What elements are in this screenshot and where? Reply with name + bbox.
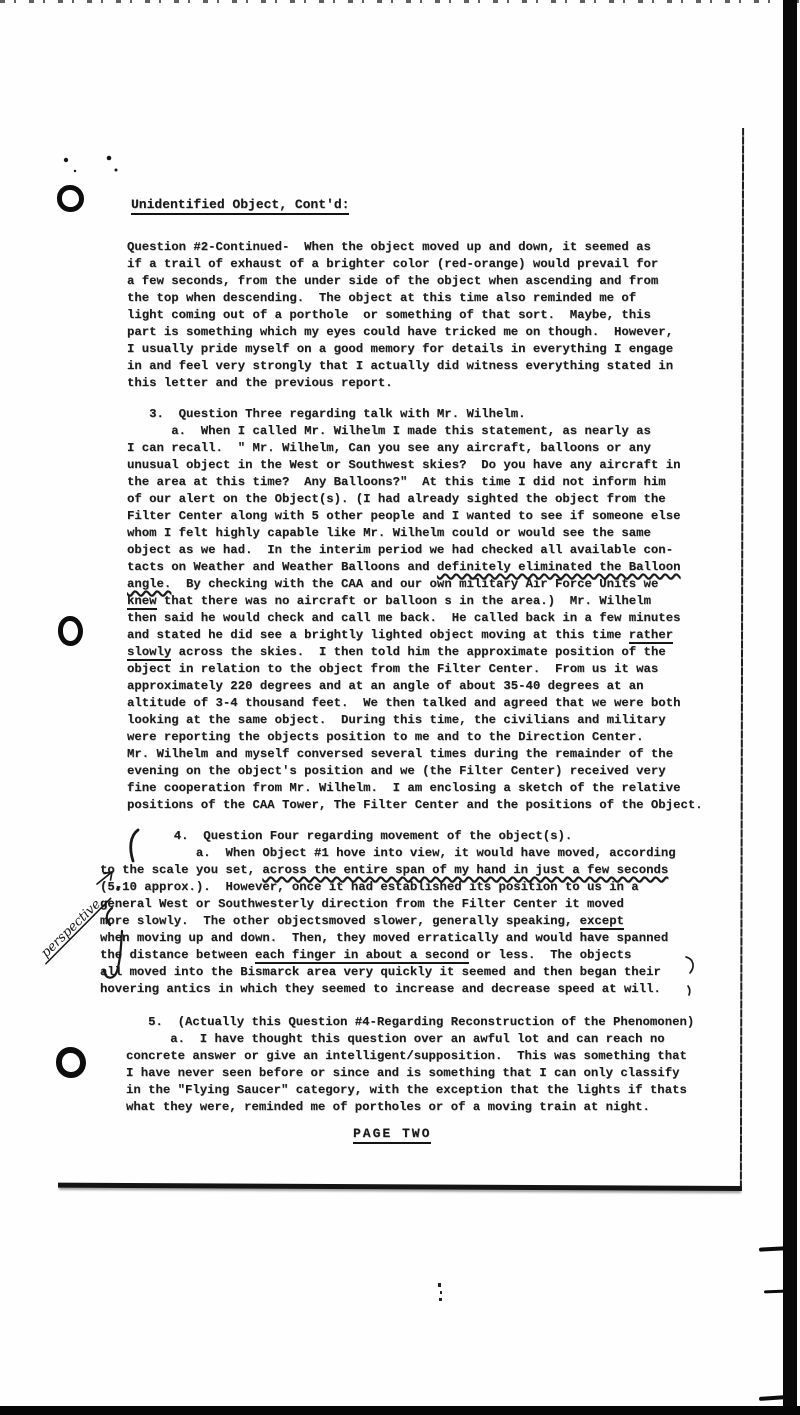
text-line: in the "Flying Saucer" category, with th… <box>126 1082 694 1099</box>
underlined-text: each finger in about a second <box>255 948 469 964</box>
text-segment: across the skies. I then told him the ap… <box>171 645 665 659</box>
text-segment: what they were, reminded me of portholes… <box>126 1100 650 1114</box>
stray-pen-hooks <box>686 957 693 995</box>
text-segment: to the scale you set, <box>100 863 262 877</box>
text-segment: a. When Object #1 hove into view, it wou… <box>100 846 676 860</box>
text-line: evening on the object's position and we … <box>127 763 703 780</box>
text-segment: more slowly. The other objectsmoved slow… <box>100 914 580 928</box>
text-line: Filter Center along with 5 other people … <box>127 508 703 525</box>
text-line: I usually pride myself on a good memory … <box>127 341 673 358</box>
text-line: all moved into the Bismarck area very qu… <box>100 964 676 981</box>
hole-punch <box>57 185 84 212</box>
text-line: knew that there was no aircraft or ballo… <box>127 593 703 610</box>
paragraph-question-2-continued: Question #2-Continued- When the object m… <box>127 239 673 392</box>
text-line: fine cooperation from Mr. Wilhelm. I am … <box>127 780 703 797</box>
text-segment: were reporting the objects position to m… <box>127 730 644 744</box>
text-segment: object as we had. In the interim period … <box>127 543 673 557</box>
text-line: looking at the same object. During this … <box>127 712 703 729</box>
text-segment: then said he would check and call me bac… <box>127 611 680 625</box>
text-segment: a few seconds, from the under side of th… <box>127 274 658 288</box>
text-line: Question #2-Continued- When the object m… <box>127 239 673 256</box>
text-line: the distance between each finger in abou… <box>100 947 676 964</box>
text-segment: (5-10 approx.). However, once it had est… <box>100 880 639 894</box>
paragraph-question-four: 4. Question Four regarding movement of t… <box>100 828 676 998</box>
hole-punch <box>56 1047 86 1078</box>
text-line: general West or Southwesterly direction … <box>100 896 676 913</box>
text-line: slowly across the skies. I then told him… <box>127 644 703 661</box>
text-line: whom I felt highly capable like Mr. Wilh… <box>127 525 703 542</box>
text-segment: altitude of 3-4 thousand feet. We then t… <box>127 696 680 710</box>
text-segment: a. I have thought this question over an … <box>126 1032 665 1046</box>
text-segment: Mr. Wilhelm and myself conversed several… <box>127 747 673 761</box>
scanned-document-page: Unidentified Object, Cont'd: Question #2… <box>0 0 800 1415</box>
underlined-text: definitely eliminated the Balloon <box>437 560 681 574</box>
text-segment: a. When I called Mr. Wilhelm I made this… <box>127 424 651 438</box>
text-segment: if a trail of exhaust of a brighter colo… <box>127 257 658 271</box>
text-segment: I can recall. " Mr. Wilhelm, Can you see… <box>127 441 651 455</box>
paragraph-question-five: 5. (Actually this Question #4-Regarding … <box>126 1014 694 1116</box>
text-line: the top when descending. The object at t… <box>127 290 673 307</box>
text-segment: the distance between <box>100 948 255 962</box>
text-line: if a trail of exhaust of a brighter colo… <box>127 256 673 273</box>
text-segment: in the "Flying Saucer" category, with th… <box>126 1083 687 1097</box>
text-line: 4. Question Four regarding movement of t… <box>100 828 676 845</box>
text-segment: when moving up and down. Then, they move… <box>100 931 668 945</box>
text-segment: unusual object in the West or Southwest … <box>127 458 680 472</box>
scan-bottom-bar <box>0 1406 800 1415</box>
text-line: approximately 220 degrees and at an angl… <box>127 678 703 695</box>
text-segment: Question #2-Continued- When the object m… <box>127 240 651 254</box>
text-segment: By checking with the CAA and our own mil… <box>171 577 658 591</box>
text-segment: looking at the same object. During this … <box>127 713 666 727</box>
text-line: unusual object in the West or Southwest … <box>127 457 703 474</box>
underlined-text: angle. <box>127 577 171 591</box>
text-segment: all moved into the Bismarck area very qu… <box>100 965 661 979</box>
text-line: I can recall. " Mr. Wilhelm, Can you see… <box>127 440 703 457</box>
text-line: were reporting the objects position to m… <box>127 729 703 746</box>
text-segment: hovering antics in which they seemed to … <box>100 982 661 996</box>
text-line: tacts on Weather and Weather Balloons an… <box>127 559 703 576</box>
text-segment: approximately 220 degrees and at an angl… <box>127 679 644 693</box>
text-segment: or less. The objects <box>469 948 631 962</box>
text-line: to the scale you set, across the entire … <box>100 862 676 879</box>
document-heading: Unidentified Object, Cont'd: <box>131 197 349 215</box>
text-line: a. When I called Mr. Wilhelm I made this… <box>127 423 703 440</box>
text-line: the area at this time? Any Balloons?" At… <box>127 474 703 491</box>
paper-right-edge <box>740 128 744 1188</box>
text-segment: positions of the CAA Tower, The Filter C… <box>127 798 703 812</box>
annotation-text: perspective <box>38 897 104 961</box>
underlined-text: knew <box>127 594 157 610</box>
underlined-text: rather <box>629 628 673 644</box>
text-segment: general West or Southwesterly direction … <box>100 897 624 911</box>
text-segment: 4. Question Four regarding movement of t… <box>100 829 572 843</box>
text-line: a. I have thought this question over an … <box>126 1031 694 1048</box>
text-line: 5. (Actually this Question #4-Regarding … <box>126 1014 694 1031</box>
page-number-label: PAGE TWO <box>353 1126 431 1144</box>
text-line: a. When Object #1 hove into view, it wou… <box>100 845 676 862</box>
text-line: and stated he did see a brightly lighted… <box>127 627 703 644</box>
text-line: object in relation to the object from th… <box>127 661 703 678</box>
text-segment: in and feel very strongly that I actuall… <box>127 359 673 373</box>
hole-punch <box>58 616 83 646</box>
text-segment: fine cooperation from Mr. Wilhelm. I am … <box>127 781 680 795</box>
text-segment: I have never seen before or since and is… <box>126 1066 679 1080</box>
text-segment: part is something which my eyes could ha… <box>127 325 673 339</box>
text-line: Mr. Wilhelm and myself conversed several… <box>127 746 703 763</box>
text-segment: this letter and the previous report. <box>127 376 393 390</box>
text-line: in and feel very strongly that I actuall… <box>127 358 673 375</box>
paragraph-question-three: 3. Question Three regarding talk with Mr… <box>127 406 703 814</box>
text-segment: that there was no aircraft or balloon s … <box>157 594 651 608</box>
text-line: more slowly. The other objectsmoved slow… <box>100 913 676 930</box>
text-segment: and stated he did see a brightly lighted… <box>127 628 629 642</box>
text-segment: the area at this time? Any Balloons?" At… <box>127 475 666 489</box>
text-segment: object in relation to the object from th… <box>127 662 658 676</box>
text-line: concrete answer or give an intelligent/s… <box>126 1048 694 1065</box>
ink-dots <box>438 1283 442 1301</box>
text-line: I have never seen before or since and is… <box>126 1065 694 1082</box>
text-segment: light coming out of a porthole or someth… <box>127 308 651 322</box>
text-line: of our alert on the Object(s). (I had al… <box>127 491 703 508</box>
text-line: part is something which my eyes could ha… <box>127 324 673 341</box>
text-line: light coming out of a porthole or someth… <box>127 307 673 324</box>
binder-strip <box>783 0 797 1415</box>
text-segment: concrete answer or give an intelligent/s… <box>126 1049 687 1063</box>
text-segment: Filter Center along with 5 other people … <box>127 509 680 523</box>
binder-page-tick <box>759 1246 786 1251</box>
text-segment: of our alert on the Object(s). (I had al… <box>127 492 666 506</box>
text-segment: whom I felt highly capable like Mr. Wilh… <box>127 526 651 540</box>
text-line: angle. By checking with the CAA and our … <box>127 576 703 593</box>
text-line: a few seconds, from the under side of th… <box>127 273 673 290</box>
text-segment: I usually pride myself on a good memory … <box>127 342 673 356</box>
text-line: object as we had. In the interim period … <box>127 542 703 559</box>
text-line: positions of the CAA Tower, The Filter C… <box>127 797 703 814</box>
text-line: what they were, reminded me of portholes… <box>126 1099 694 1116</box>
underlined-text: except <box>580 914 624 930</box>
text-line: when moving up and down. Then, they move… <box>100 930 676 947</box>
text-line: this letter and the previous report. <box>127 375 673 392</box>
text-line: altitude of 3-4 thousand feet. We then t… <box>127 695 703 712</box>
scan-top-dashes <box>0 0 800 3</box>
text-line: then said he would check and call me bac… <box>127 610 703 627</box>
paper-bottom-edge <box>58 1183 742 1191</box>
text-line: hovering antics in which they seemed to … <box>100 981 676 998</box>
text-segment: evening on the object's position and we … <box>127 764 666 778</box>
text-segment: the top when descending. The object at t… <box>127 291 636 305</box>
text-segment: tacts on Weather and Weather Balloons an… <box>127 560 437 574</box>
text-line: (5-10 approx.). However, once it had est… <box>100 879 676 896</box>
text-line: 3. Question Three regarding talk with Mr… <box>127 406 703 423</box>
text-segment: 3. Question Three regarding talk with Mr… <box>127 407 525 421</box>
underlined-text: across the entire span of my hand in jus… <box>262 863 668 877</box>
text-segment: 5. (Actually this Question #4-Regarding … <box>126 1015 694 1029</box>
ink-dots <box>64 156 118 173</box>
underlined-text: slowly <box>127 645 171 661</box>
